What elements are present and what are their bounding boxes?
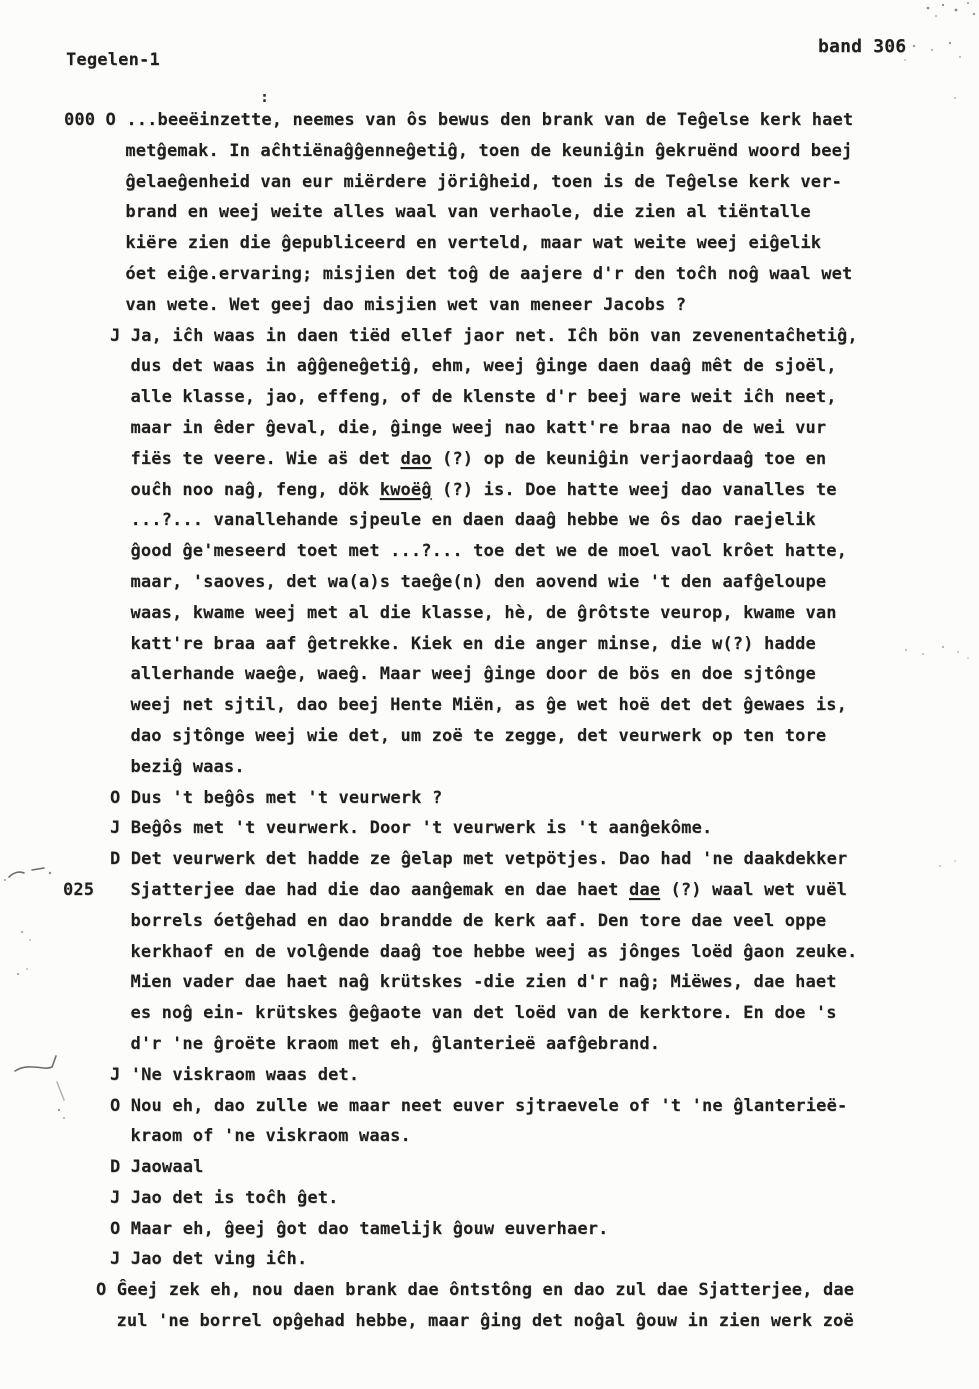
- transcript-line: óet eiĝe.ervaring; misjien det toĝ de aa…: [125, 259, 979, 290]
- transcript-line: ouĉh noo naĝ, feng, dök kwoëĝ (?) is. Do…: [130, 475, 979, 506]
- transcript-line: J Beĝôs met 't veurwerk. Door 't veurwer…: [110, 813, 979, 844]
- transcript-line: O Dus 't beĝôs met 't veurwerk ?: [110, 783, 979, 814]
- transcript-line: dao sjtônge weej wie det, um zoë te zegg…: [130, 721, 979, 752]
- transcript-line: 000 O ...beeëinzette, neemes van ôs bewu…: [64, 105, 979, 136]
- transcript-line: J Jao det is toĉh ĝet.: [110, 1183, 979, 1214]
- transcript-paragraph: J Beĝôs met 't veurwerk. Door 't veurwer…: [0, 813, 979, 844]
- transcript-line: beziĝ waas.: [130, 752, 979, 783]
- transcript-line: Sjatterjee dae had die dao aanĝemak en d…: [130, 875, 979, 906]
- transcript-line: kerkhaof en de volĝende daaĝ toe hebbe w…: [130, 937, 979, 968]
- speaker-label: D: [110, 849, 120, 869]
- transcript-line: van wete. Wet geej dao misjien wet van m…: [125, 290, 979, 321]
- transcript-paragraph: J Jao det ving iĉh.: [0, 1244, 979, 1275]
- transcript-line: maar in êder ĝeval, die, ĝinge weej nao …: [130, 413, 979, 444]
- transcript-line: O Maar eh, ĝeej ĝot dao tamelijk ĝouw eu…: [110, 1214, 979, 1245]
- transcript-line: brand en weej weite alles waal van verha…: [125, 197, 979, 228]
- transcript-line: dus det waas in aĝĝeneĝetiĝ, ehm, weej ĝ…: [130, 351, 979, 382]
- speaker-label: J: [110, 1188, 120, 1208]
- transcript-line: d'r 'ne ĝroëte kraom met eh, ĝlanterieë …: [130, 1029, 979, 1060]
- transcript-line: kiëre zien die ĝepubliceerd en verteld, …: [125, 228, 979, 259]
- page-title: Tegelen-1: [66, 50, 160, 70]
- transcript-paragraph: 000 O ...beeëinzette, neemes van ôs bewu…: [0, 105, 979, 321]
- transcript-line: alle klasse, jao, effeng, of de klenste …: [130, 382, 979, 413]
- underlined-word: kwoëĝ: [380, 480, 432, 500]
- transcript-line: D Det veurwerk det hadde ze ĝelap met ve…: [110, 844, 979, 875]
- speaker-label: J: [110, 326, 120, 346]
- speaker-label: O: [110, 1096, 120, 1116]
- transcript-paragraph: 025D Det veurwerk det hadde ze ĝelap met…: [0, 844, 979, 1060]
- transcript-paragraph: J Ja, iĉh waas in daen tiëd ellef jaor n…: [0, 321, 979, 783]
- transcript-line: D Jaowaal: [110, 1152, 979, 1183]
- transcript-line: zul 'ne borrel opĝehad hebbe, maar ĝing …: [116, 1306, 979, 1337]
- scanned-transcript-page: { "document": { "header_left": "Tegelen-…: [0, 0, 979, 1389]
- transcript-line: maar, 'saoves, det wa(a)s taeĝe(n) den a…: [130, 567, 979, 598]
- speaker-label: O: [110, 788, 120, 808]
- transcript-paragraph: O Nou eh, dao zulle we maar neet euver s…: [0, 1091, 979, 1153]
- stray-ink-mark: :: [260, 88, 269, 106]
- transcript-line: ĝelaeĝenheid van eur miërdere jöriĝheid,…: [125, 167, 979, 198]
- transcript-paragraph: J 'Ne viskraom waas det.: [0, 1060, 979, 1091]
- transcript-line: ĝood ĝe'meseerd toet met ...?... toe det…: [130, 536, 979, 567]
- speaker-label: J: [110, 818, 120, 838]
- transcript-line: waas, kwame weej met al die klasse, hè, …: [130, 598, 979, 629]
- transcript-line: allerhande waeĝe, waeĝ. Maar weej ĝinge …: [130, 659, 979, 690]
- transcript-paragraph: D Jaowaal: [0, 1152, 979, 1183]
- underlined-word: dao: [400, 449, 431, 469]
- transcript-line: metĝemak. In aĉhtiënaĝĝenneĝetiĝ, toen d…: [125, 136, 979, 167]
- speaker-label: D: [110, 1157, 120, 1177]
- speaker-label: 000 O: [64, 110, 116, 130]
- transcript-paragraph: J Jao det is toĉh ĝet.: [0, 1183, 979, 1214]
- transcript-line: es noĝ ein- krütskes ĝeĝaote van det loë…: [130, 998, 979, 1029]
- transcript-line: J Jao det ving iĉh.: [110, 1244, 979, 1275]
- speaker-label: O: [110, 1219, 120, 1239]
- transcript-paragraph: O Ĝeej zek eh, nou daen brank dae ôntstô…: [0, 1275, 979, 1337]
- transcript-paragraph: O Maar eh, ĝeej ĝot dao tamelijk ĝouw eu…: [0, 1214, 979, 1245]
- transcript-line: kraom of 'ne viskraom waas.: [130, 1121, 979, 1152]
- transcript-line: fiës te veere. Wie as̈ det dao (?) op de…: [130, 444, 979, 475]
- transcript-line: J 'Ne viskraom waas det.: [110, 1060, 979, 1091]
- transcript-line: borrels óetĝehad en dao brandde de kerk …: [130, 906, 979, 937]
- transcript-line: katt're braa aaf ĝetrekke. Kiek en die a…: [130, 629, 979, 660]
- transcript-line: O Nou eh, dao zulle we maar neet euver s…: [110, 1091, 979, 1122]
- speaker-label: O: [96, 1280, 106, 1300]
- transcript-line: weej net sjtil, dao beej Hente Miën, as …: [130, 690, 979, 721]
- transcript-line: J Ja, iĉh waas in daen tiëd ellef jaor n…: [110, 321, 979, 352]
- speaker-label: J: [110, 1065, 120, 1085]
- transcript-line: ...?... vanallehande sjpeule en daen daa…: [130, 505, 979, 536]
- transcript-line: O Ĝeej zek eh, nou daen brank dae ôntstô…: [96, 1275, 979, 1306]
- tape-counter-number: 025: [63, 875, 94, 906]
- transcript-paragraph: O Dus 't beĝôs met 't veurwerk ?: [0, 783, 979, 814]
- transcript-line: Mien vader dae haet naĝ krütskes -die zi…: [130, 967, 979, 998]
- speaker-label: J: [110, 1249, 120, 1269]
- band-number: band 306: [818, 36, 906, 57]
- transcript: 000 O ...beeëinzette, neemes van ôs bewu…: [0, 105, 979, 1337]
- underlined-word: dae: [629, 880, 660, 900]
